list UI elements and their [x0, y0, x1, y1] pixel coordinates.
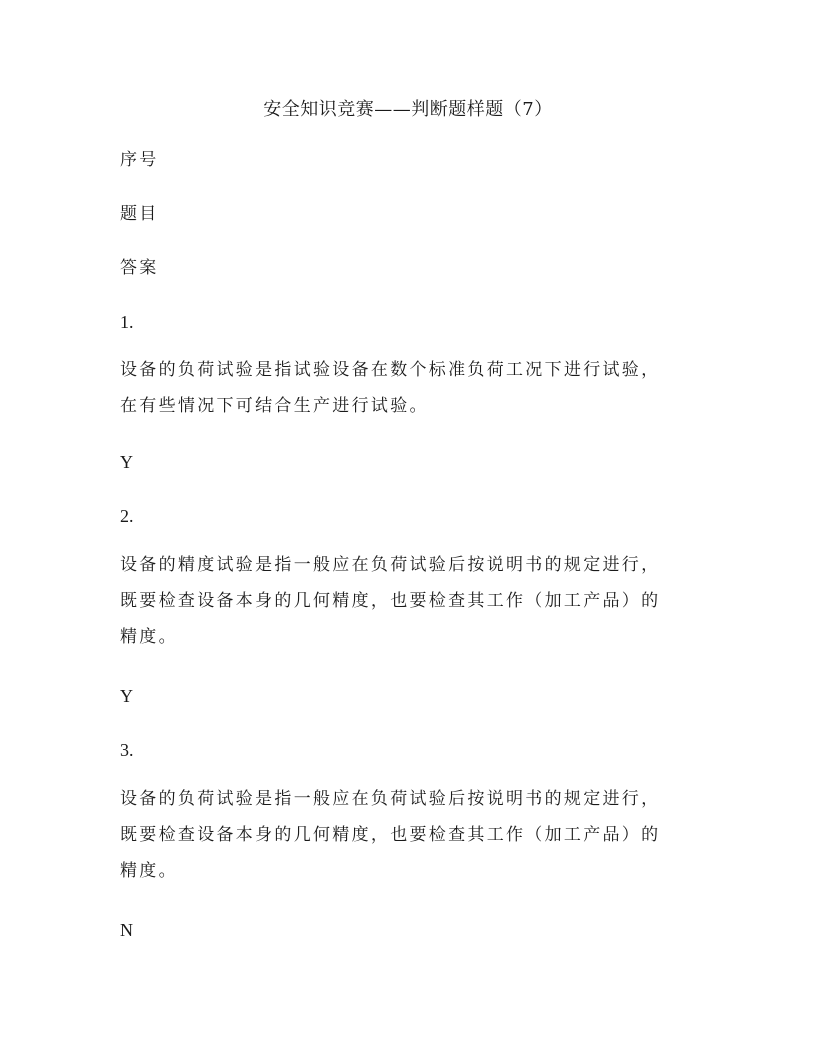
item-3-question-line: 既要检查设备本身的几何精度，也要检查其工作（加工产品）的 — [120, 817, 700, 853]
item-2-question-line: 精度。 — [120, 619, 700, 655]
item-1-number: 1. — [120, 310, 134, 334]
item-2-question-line: 设备的精度试验是指一般应在负荷试验后按说明书的规定进行， — [120, 547, 700, 583]
item-2-question: 设备的精度试验是指一般应在负荷试验后按说明书的规定进行， 既要检查设备本身的几何… — [120, 547, 700, 655]
item-1-question-line: 设备的负荷试验是指试验设备在数个标准负荷工况下进行试验， — [120, 352, 700, 388]
item-3-question-line: 精度。 — [120, 853, 700, 889]
item-3-number: 3. — [120, 738, 134, 762]
item-2-answer: Y — [120, 684, 133, 708]
header-question-label: 题目 — [120, 202, 159, 226]
item-2-question-line: 既要检查设备本身的几何精度，也要检查其工作（加工产品）的 — [120, 583, 700, 619]
header-answer-label: 答案 — [120, 256, 159, 280]
item-3-question-line: 设备的负荷试验是指一般应在负荷试验后按说明书的规定进行， — [120, 781, 700, 817]
item-1-question-line: 在有些情况下可结合生产进行试验。 — [120, 388, 700, 424]
item-3-answer: N — [120, 918, 133, 942]
item-3-question: 设备的负荷试验是指一般应在负荷试验后按说明书的规定进行， 既要检查设备本身的几何… — [120, 781, 700, 889]
header-index-label: 序号 — [120, 148, 159, 172]
document-page: 安全知识竞赛——判断题样题（7） 序号 题目 答案 1. 设备的负荷试验是指试验… — [0, 0, 816, 1056]
item-1-answer: Y — [120, 450, 133, 474]
item-1-question: 设备的负荷试验是指试验设备在数个标准负荷工况下进行试验， 在有些情况下可结合生产… — [120, 352, 700, 424]
document-title: 安全知识竞赛——判断题样题（7） — [0, 96, 816, 124]
item-2-number: 2. — [120, 504, 134, 528]
